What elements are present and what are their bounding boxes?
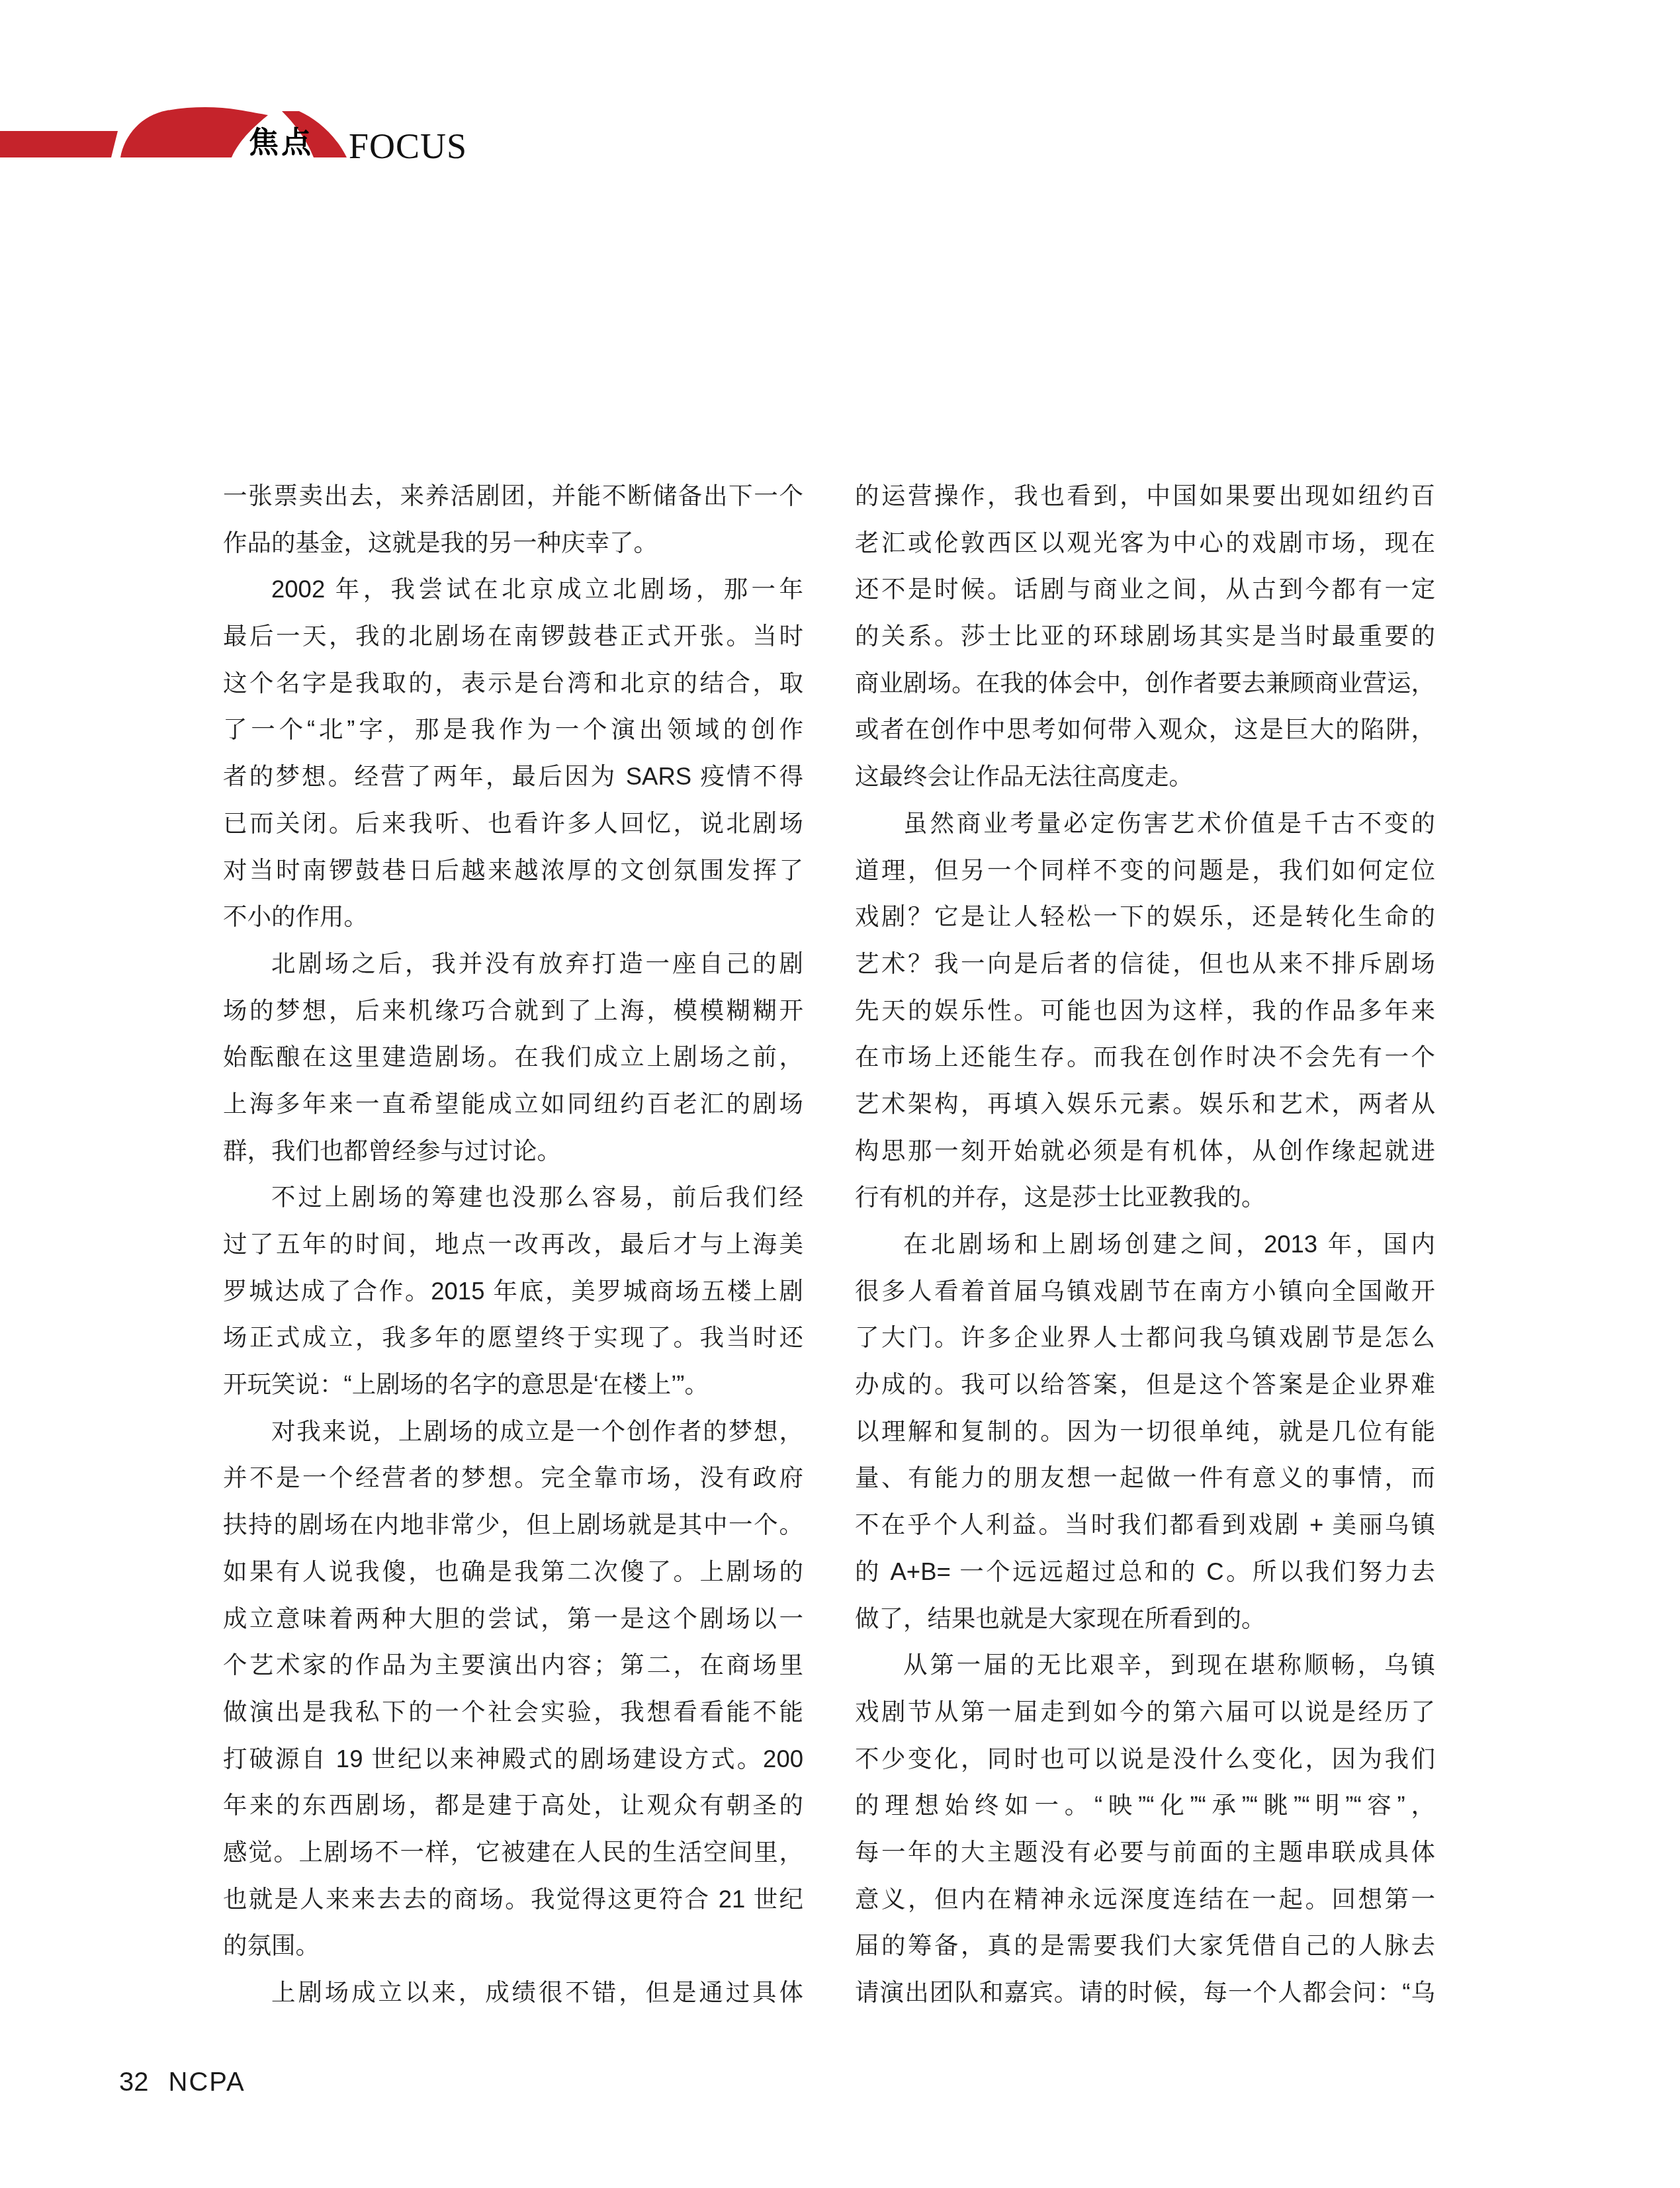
text-line: 以理解和复制的。因为一切很单纯，就是几位有能 xyxy=(855,1409,1435,1456)
text-line: 个艺术家的作品为主要演出内容；第二，在商场里 xyxy=(223,1642,803,1689)
text-line: 届的筹备，真的是需要我们大家凭借自己的人脉去 xyxy=(855,1923,1435,1970)
text-line: 行有机的并存，这是莎士比亚教我的。 xyxy=(855,1174,1435,1221)
text-line: 始酝酿在这里建造剧场。在我们成立上剧场之前， xyxy=(223,1034,803,1081)
text-line: 打破源自 19 世纪以来神殿式的剧场建设方式。200 xyxy=(223,1736,803,1783)
text-line: 这最终会让作品无法往高度走。 xyxy=(855,754,1435,801)
text-line: 道理，但另一个同样不变的问题是，我们如何定位 xyxy=(855,848,1435,895)
text-line: 已而关闭。后来我听、也看许多人回忆，说北剧场 xyxy=(223,801,803,848)
text-line: 先天的娱乐性。可能也因为这样，我的作品多年来 xyxy=(855,988,1435,1035)
text-line: 艺术架构，再填入娱乐元素。娱乐和艺术，两者从 xyxy=(855,1081,1435,1128)
section-title-english: FOCUS xyxy=(349,128,467,164)
text-line: 不小的作用。 xyxy=(223,894,803,941)
text-line: 不过上剧场的筹建也没那么容易，前后我们经 xyxy=(223,1174,803,1221)
text-line: 每一年的大主题没有必要与前面的主题串联成具体 xyxy=(855,1829,1435,1876)
text-line: 如果有人说我傻，也确是我第二次傻了。上剧场的 xyxy=(223,1549,803,1596)
text-line: 群，我们也都曾经参与过讨论。 xyxy=(223,1128,803,1175)
text-line: 从第一届的无比艰辛，到现在堪称顺畅，乌镇 xyxy=(855,1642,1435,1689)
red-dome-shape xyxy=(120,107,268,157)
text-line: 意义，但内在精神永远深度连结在一起。回想第一 xyxy=(855,1876,1435,1923)
text-line: 最后一天，我的北剧场在南锣鼓巷正式开张。当时 xyxy=(223,613,803,660)
text-line: 罗城达成了合作。2015 年底，美罗城商场五楼上剧 xyxy=(223,1268,803,1315)
text-line: 场的梦想，后来机缘巧合就到了上海，模模糊糊开 xyxy=(223,988,803,1035)
text-line: 者的梦想。经营了两年，最后因为 SARS 疫情不得 xyxy=(223,754,803,801)
magazine-page: 焦点 FOCUS 一张票卖出去，来养活剧团，并能不断储备出下一个作品的基金，这就… xyxy=(0,0,1680,2188)
text-line: 戏剧？它是让人轻松一下的娱乐，还是转化生命的 xyxy=(855,894,1435,941)
journal-name: NCPA xyxy=(169,2068,245,2097)
text-line: 一张票卖出去，来养活剧团，并能不断储备出下一个 xyxy=(223,473,803,520)
text-line: 也就是人来来去去的商场。我觉得这更符合 21 世纪 xyxy=(223,1876,803,1923)
text-line: 的关系。莎士比亚的环球剧场其实是当时最重要的 xyxy=(855,613,1435,660)
text-line: 在市场上还能生存。而我在创作时决不会先有一个 xyxy=(855,1034,1435,1081)
text-line: 商业剧场。在我的体会中，创作者要去兼顾商业营运， xyxy=(855,660,1435,707)
text-line: 对当时南锣鼓巷日后越来越浓厚的文创氛围发挥了 xyxy=(223,848,803,895)
text-line: 的氛围。 xyxy=(223,1923,803,1970)
text-line: 并不是一个经营者的梦想。完全靠市场，没有政府 xyxy=(223,1455,803,1502)
text-line: 感觉。上剧场不一样，它被建在人民的生活空间里， xyxy=(223,1829,803,1876)
text-line: 做演出是我私下的一个社会实验，我想看看能不能 xyxy=(223,1689,803,1736)
text-line: 虽然商业考量必定伤害艺术价值是千古不变的 xyxy=(855,801,1435,848)
text-line: 还不是时候。话剧与商业之间，从古到今都有一定 xyxy=(855,566,1435,613)
text-line: 上剧场成立以来，成绩很不错，但是通过具体 xyxy=(223,1970,803,2017)
text-line: 年来的东西剧场，都是建于高处，让观众有朝圣的 xyxy=(223,1782,803,1829)
text-line: 上海多年来一直希望能成立如同纽约百老汇的剧场 xyxy=(223,1081,803,1128)
text-line: 戏剧节从第一届走到如今的第六届可以说是经历了 xyxy=(855,1689,1435,1736)
red-bar-shape xyxy=(0,131,118,157)
text-line: 作品的基金，这就是我的另一种庆幸了。 xyxy=(223,520,803,567)
text-line: 量、有能力的朋友想一起做一件有意义的事情，而 xyxy=(855,1455,1435,1502)
text-line: 构思那一刻开始就必须是有机体，从创作缘起就进 xyxy=(855,1128,1435,1175)
article-column-right: 的运营操作，我也看到，中国如果要出现如纽约百老汇或伦敦西区以观光客为中心的戏剧市… xyxy=(855,473,1435,2017)
text-line: 艺术？我一向是后者的信徒，但也从来不排斥剧场 xyxy=(855,941,1435,988)
page-number: 32 xyxy=(119,2068,149,2097)
text-line: 这个名字是我取的，表示是台湾和北京的结合，取 xyxy=(223,660,803,707)
text-line: 场正式成立，我多年的愿望终于实现了。我当时还 xyxy=(223,1315,803,1362)
text-line: 成立意味着两种大胆的尝试，第一是这个剧场以一 xyxy=(223,1596,803,1643)
text-line: 开玩笑说：“上剧场的名字的意思是‘在楼上’”。 xyxy=(223,1362,803,1409)
text-line: 了一个“北”字，那是我作为一个演出领域的创作 xyxy=(223,707,803,754)
page-footer: 32NCPA xyxy=(119,2066,245,2099)
text-line: 过了五年的时间，地点一改再改，最后才与上海美 xyxy=(223,1221,803,1268)
text-line: 的理想始终如一。“映”“化”“承”“眺”“明”“容”， xyxy=(855,1782,1435,1829)
text-line: 在北剧场和上剧场创建之间，2013 年，国内 xyxy=(855,1221,1435,1268)
section-title-chinese: 焦点 xyxy=(249,127,314,159)
text-line: 的 A+B= 一个远远超过总和的 C。所以我们努力去 xyxy=(855,1549,1435,1596)
text-line: 不在乎个人利益。当时我们都看到戏剧 + 美丽乌镇 xyxy=(855,1502,1435,1549)
text-line: 或者在创作中思考如何带入观众，这是巨大的陷阱， xyxy=(855,707,1435,754)
text-line: 的运营操作，我也看到，中国如果要出现如纽约百 xyxy=(855,473,1435,520)
text-line: 很多人看着首届乌镇戏剧节在南方小镇向全国敞开 xyxy=(855,1268,1435,1315)
text-line: 扶持的剧场在内地非常少，但上剧场就是其中一个。 xyxy=(223,1502,803,1549)
text-line: 了大门。许多企业界人士都问我乌镇戏剧节是怎么 xyxy=(855,1315,1435,1362)
text-line: 做了，结果也就是大家现在所看到的。 xyxy=(855,1596,1435,1643)
text-line: 不少变化，同时也可以说是没什么变化，因为我们 xyxy=(855,1736,1435,1783)
text-line: 请演出团队和嘉宾。请的时候，每一个人都会问：“乌 xyxy=(855,1970,1435,2017)
text-line: 北剧场之后，我并没有放弃打造一座自己的剧 xyxy=(223,941,803,988)
text-line: 老汇或伦敦西区以观光客为中心的戏剧市场，现在 xyxy=(855,520,1435,567)
text-line: 2002 年，我尝试在北京成立北剧场，那一年 xyxy=(223,566,803,613)
text-line: 办成的。我可以给答案，但是这个答案是企业界难 xyxy=(855,1362,1435,1409)
text-line: 对我来说，上剧场的成立是一个创作者的梦想， xyxy=(223,1409,803,1456)
article-column-left: 一张票卖出去，来养活剧团，并能不断储备出下一个作品的基金，这就是我的另一种庆幸了… xyxy=(223,473,803,2017)
